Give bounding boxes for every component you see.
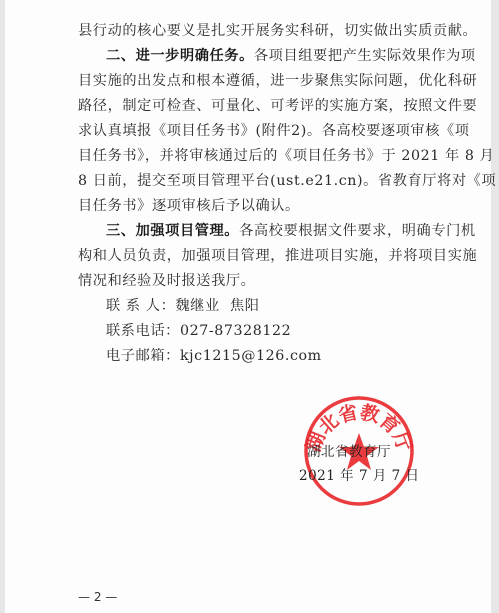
section-2-line: 目实施的出发点和根本遵循，进一步聚焦实际问题，优化科研 — [78, 72, 477, 90]
section-2-line: 目任务书》，并将审核通过后的《项目任务书》于 2021 年 8 月 — [78, 147, 494, 165]
contact-phone: 联系电话：027-87328122 — [106, 322, 291, 340]
contact-person-label: 联 系 人： — [106, 298, 175, 314]
contact-phone-value: 027-87328122 — [180, 323, 291, 339]
contact-person-value: 魏继业 焦阳 — [175, 298, 259, 314]
section-2-heading: 二、进一步明确任务。 — [106, 48, 254, 64]
section-3-line: 构和人员负责，加强项目管理，推进项目实施，并将项目实施 — [78, 247, 477, 265]
section-3-line: 情况和经验及时报送我厅。 — [78, 272, 255, 290]
contact-email-value[interactable]: kjc1215@126.com — [180, 348, 322, 364]
contact-email: 电子邮箱：kjc1215@126.com — [106, 347, 322, 365]
section-2-line: 求认真填报《项目任务书》(附件2)。各高校要逐项审核《项 — [78, 122, 470, 140]
section-2-first-line: 二、进一步明确任务。各项目组要把产生实际效果作为项 — [106, 47, 476, 65]
contact-person: 联 系 人：魏继业 焦阳 — [106, 297, 260, 315]
document-page: 县行动的核心要义是扎实开展务实科研，切实做出实质贡献。 二、进一步明确任务。各项… — [5, 0, 491, 613]
section-3-heading: 三、加强项目管理。 — [106, 223, 239, 239]
issue-date: 2021 年 7 月 7 日 — [299, 464, 420, 484]
section-3-first-line: 三、加强项目管理。各高校要根据文件要求，明确专门机 — [106, 222, 476, 240]
contact-email-label: 电子邮箱： — [106, 348, 180, 364]
issuer-name: 湖北省教育厅 — [307, 440, 391, 460]
section-2-text: 各项目组要把产生实际效果作为项 — [254, 48, 476, 64]
section-2-line: 8 日前，提交至项目管理平台(ust.e21.cn)。省教育厅将对《项 — [78, 172, 496, 190]
paragraph-continuation: 县行动的核心要义是扎实开展务实科研，切实做出实质贡献。 — [78, 22, 477, 40]
page-number: — 2 — — [78, 590, 117, 604]
contact-phone-label: 联系电话： — [106, 323, 180, 339]
section-2-line: 路径，制定可检查、可量化、可考评的实施方案，按照文件要 — [78, 97, 477, 115]
section-2-line: 目任务书》逐项审核后予以确认。 — [78, 197, 300, 215]
section-3-text: 各高校要根据文件要求，明确专门机 — [239, 223, 476, 239]
